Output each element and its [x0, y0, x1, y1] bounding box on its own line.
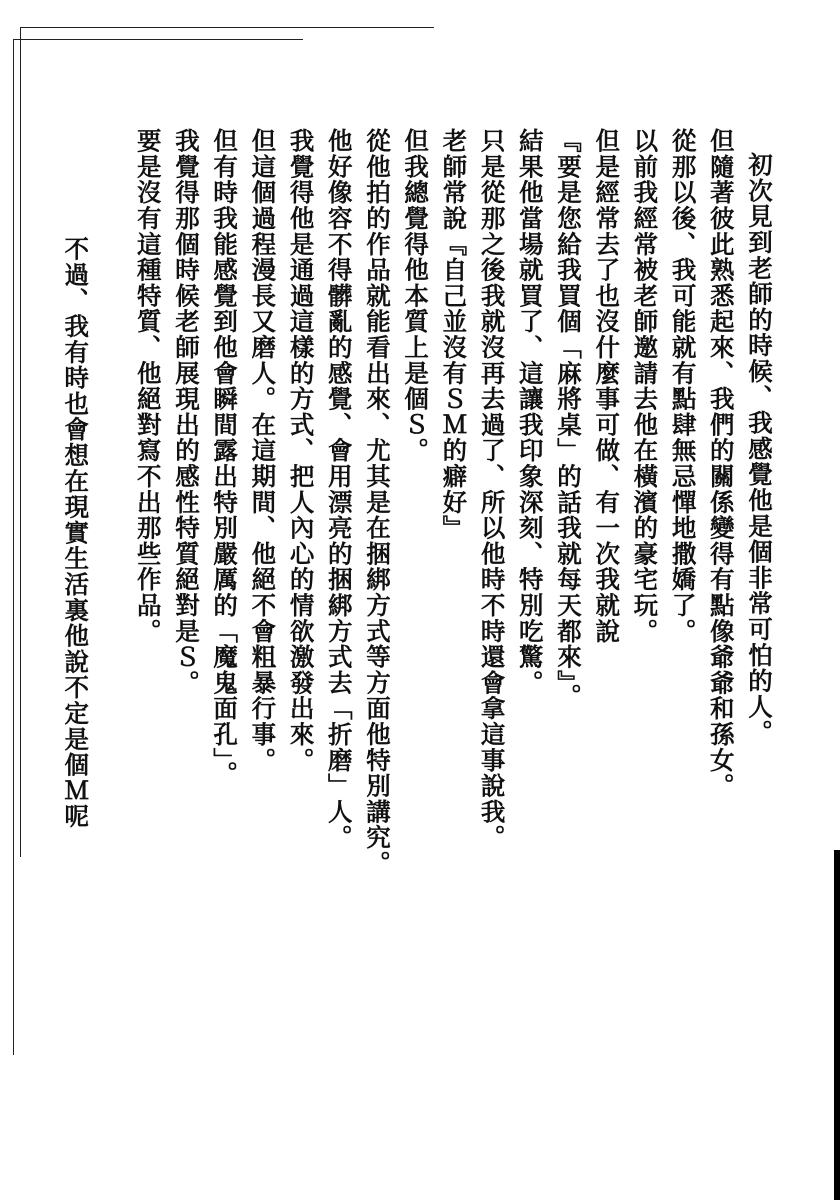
- main-text-block: 初次見到老師的時候、我感覺他是個非常可怕的人。 但隨著彼此熟悉起來、我們的關係變…: [129, 128, 778, 888]
- text-column-11: 從他拍的作品就能看出來、尤其是在捆綁方式等方面他特別講究。: [358, 128, 396, 888]
- text-column-15: 但有時我能感覺到他會瞬間露出特別嚴厲的「魔鬼面孔」。: [205, 128, 243, 888]
- text-column-2: 但隨著彼此熟悉起來、我們的關係變得有點像爺爺和孫女。: [702, 128, 740, 888]
- closing-text-block: 不過、我有時也會想在現實生活裏他說不定是個Ｍ呢: [56, 236, 94, 836]
- text-column-16: 我覺得那個時候老師展現出的感性特質絕對是Ｓ。: [167, 128, 205, 888]
- text-column-9: 老師常說『自己並沒有ＳＭ的癖好』: [434, 128, 472, 888]
- text-column-8: 只是從那之後我就沒再去過了、所以他時不時還會拿這事說我。: [472, 128, 510, 888]
- text-column-13: 我覺得他是通過這樣的方式、把人內心的情欲激發出來。: [281, 128, 319, 888]
- text-column-6: 『要是您給我買個「麻將桌」的話我就每天都來』。: [549, 128, 587, 888]
- frame-line-top-outer: [20, 27, 434, 28]
- text-column-1: 初次見到老師的時候、我感覺他是個非常可怕的人。: [740, 128, 778, 888]
- text-column-3: 從那以後、我可能就有點肆無忌憚地撒嬌了。: [663, 128, 701, 888]
- text-column-17: 要是沒有這種特質、他絕對寫不出那些作品。: [129, 128, 167, 888]
- text-column-14: 但這個過程漫長又磨人。在這期間、他絕不會粗暴行事。: [243, 128, 281, 888]
- text-column-4: 以前我經常被老師邀請去他在橫濱的豪宅玩。: [625, 128, 663, 888]
- closing-text-line: 不過、我有時也會想在現實生活裏他說不定是個Ｍ呢: [61, 236, 90, 829]
- text-column-7: 結果他當場就買了、這讓我印象深刻、特別吃驚。: [511, 128, 549, 888]
- text-column-5: 但是經常去了也沒什麼事可做、有一次我就說: [587, 128, 625, 888]
- frame-line-left-outer: [20, 27, 21, 857]
- frame-line-top-inner: [13, 39, 303, 40]
- text-column-12: 他好像容不得髒亂的感覺、會用漂亮的捆綁方式去「折磨」人。: [320, 128, 358, 888]
- frame-line-left-inner: [13, 39, 14, 1055]
- text-column-10: 但我總覺得他本質上是個Ｓ。: [396, 128, 434, 888]
- scan-edge-shadow: [834, 850, 840, 1200]
